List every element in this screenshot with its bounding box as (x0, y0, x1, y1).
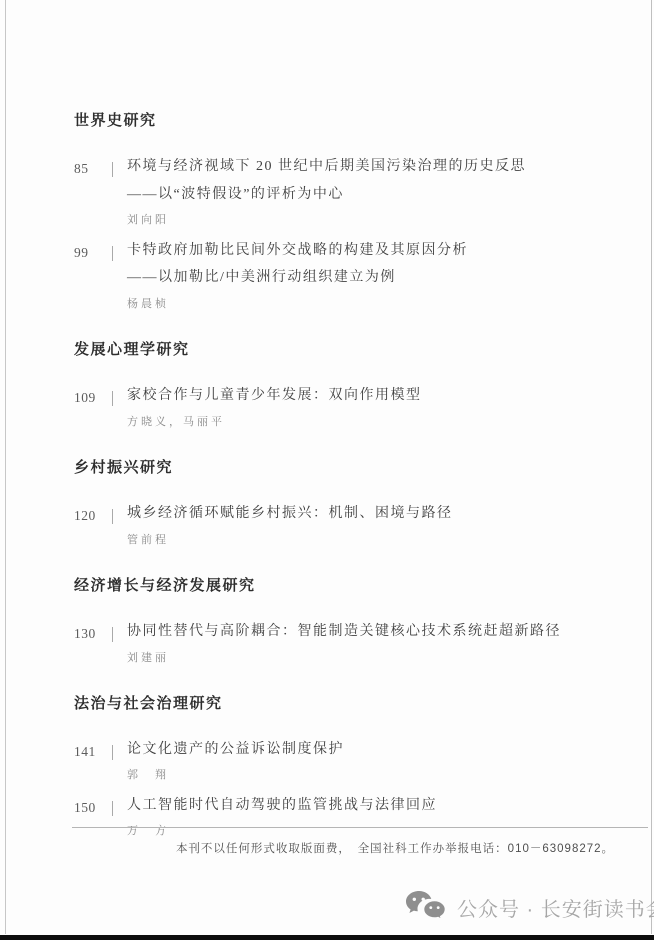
toc-entry: 99 卡特政府加勒比民间外交战略的构建及其原因分析 ——以加勒比/中美洲行动组织… (74, 244, 598, 312)
entry-body: 城乡经济循环赋能乡村振兴：机制、困境与路径 管前程 (127, 507, 598, 547)
entry-number-cell: 130 (74, 625, 127, 665)
entry-divider (112, 509, 113, 524)
entry-number-cell: 85 (74, 160, 127, 228)
entry-body: 卡特政府加勒比民间外交战略的构建及其原因分析 ——以加勒比/中美洲行动组织建立为… (127, 244, 598, 312)
toc-entry: 130 协同性替代与高阶耦合：智能制造关键核心技术系统赶超新路径 刘建丽 (74, 625, 598, 665)
entry-divider (112, 801, 113, 816)
entry-body: 环境与经济视域下 20 世纪中后期美国污染治理的历史反思 ——以“波特假设”的评… (127, 160, 598, 228)
toc-entry: 85 环境与经济视域下 20 世纪中后期美国污染治理的历史反思 ——以“波特假设… (74, 160, 598, 228)
entry-title: 协同性替代与高阶耦合：智能制造关键核心技术系统赶超新路径 (127, 625, 598, 640)
entry-page-number: 141 (74, 744, 96, 760)
section-entries: 109 家校合作与儿童青少年发展：双向作用模型 方晓义，马丽平 (74, 389, 598, 429)
entry-title: 城乡经济循环赋能乡村振兴：机制、困境与路径 (127, 507, 598, 522)
toc: 世界史研究 85 环境与经济视域下 20 世纪中后期美国污染治理的历史反思 ——… (0, 0, 654, 839)
toc-section: 发展心理学研究 109 家校合作与儿童青少年发展：双向作用模型 方晓义，马丽平 (74, 341, 598, 429)
entry-title: 环境与经济视域下 20 世纪中后期美国污染治理的历史反思 (127, 160, 598, 175)
toc-section: 乡村振兴研究 120 城乡经济循环赋能乡村振兴：机制、困境与路径 管前程 (74, 459, 598, 547)
entry-page-number: 120 (74, 508, 96, 524)
entry-authors: 杨晨桢 (127, 298, 598, 311)
entry-authors: 方晓义，马丽平 (127, 416, 598, 429)
entry-divider (112, 745, 113, 760)
footer-note: 本刊不以任何形式收取版面费， 全国社科工作办举报电话：010－63098272。 (72, 840, 648, 856)
entry-divider (112, 627, 113, 642)
entry-authors: 郭 翔 (127, 769, 598, 782)
entry-divider (112, 246, 113, 261)
toc-entry: 141 论文化遗产的公益诉讼制度保护 郭 翔 (74, 743, 598, 783)
section-entries: 130 协同性替代与高阶耦合：智能制造关键核心技术系统赶超新路径 刘建丽 (74, 625, 598, 665)
entry-body: 家校合作与儿童青少年发展：双向作用模型 方晓义，马丽平 (127, 389, 598, 429)
entry-title: 卡特政府加勒比民间外交战略的构建及其原因分析 (127, 244, 598, 259)
page-edge-left (5, 0, 6, 934)
section-heading: 经济增长与经济发展研究 (74, 577, 598, 595)
toc-section: 经济增长与经济发展研究 130 协同性替代与高阶耦合：智能制造关键核心技术系统赶… (74, 577, 598, 665)
section-heading: 乡村振兴研究 (74, 459, 598, 477)
entry-title: 论文化遗产的公益诉讼制度保护 (127, 743, 598, 758)
entry-divider (112, 391, 113, 406)
toc-entry: 120 城乡经济循环赋能乡村振兴：机制、困境与路径 管前程 (74, 507, 598, 547)
entry-number-cell: 109 (74, 389, 127, 429)
section-entries: 120 城乡经济循环赋能乡村振兴：机制、困境与路径 管前程 (74, 507, 598, 547)
entry-page-number: 99 (74, 245, 89, 261)
page-edge-right (651, 0, 652, 934)
entry-number-cell: 141 (74, 743, 127, 783)
entry-body: 论文化遗产的公益诉讼制度保护 郭 翔 (127, 743, 598, 783)
entry-body: 协同性替代与高阶耦合：智能制造关键核心技术系统赶超新路径 刘建丽 (127, 625, 598, 665)
entry-authors: 刘向阳 (127, 214, 598, 227)
toc-section: 法治与社会治理研究 141 论文化遗产的公益诉讼制度保护 郭 翔 150 人工智… (74, 695, 598, 839)
section-entries: 85 环境与经济视域下 20 世纪中后期美国污染治理的历史反思 ——以“波特假设… (74, 160, 598, 311)
entry-divider (112, 162, 113, 177)
entry-title: 人工智能时代自动驾驶的监管挑战与法律回应 (127, 799, 598, 814)
entry-page-number: 109 (74, 390, 96, 406)
branding: 公众号 · 长安街读书会 (405, 890, 654, 924)
branding-label: 公众号 · 长安街读书会 (457, 893, 654, 922)
entry-authors: 刘建丽 (127, 652, 598, 665)
toc-entry: 109 家校合作与儿童青少年发展：双向作用模型 方晓义，马丽平 (74, 389, 598, 429)
toc-section: 世界史研究 85 环境与经济视域下 20 世纪中后期美国污染治理的历史反思 ——… (74, 112, 598, 311)
entry-title: 家校合作与儿童青少年发展：双向作用模型 (127, 389, 598, 404)
entry-subtitle: ——以加勒比/中美洲行动组织建立为例 (127, 271, 598, 286)
section-entries: 141 论文化遗产的公益诉讼制度保护 郭 翔 150 人工智能时代自动驾驶的监管… (74, 743, 598, 839)
entry-number-cell: 99 (74, 244, 127, 312)
section-heading: 法治与社会治理研究 (74, 695, 598, 713)
section-heading: 发展心理学研究 (74, 341, 598, 359)
entry-page-number: 130 (74, 626, 96, 642)
wechat-icon (405, 890, 447, 924)
entry-subtitle: ——以“波特假设”的评析为中心 (127, 188, 598, 203)
entry-page-number: 85 (74, 161, 89, 177)
page-footer: 本刊不以任何形式收取版面费， 全国社科工作办举报电话：010－63098272。 (72, 827, 648, 856)
section-heading: 世界史研究 (74, 112, 598, 130)
entry-page-number: 150 (74, 800, 96, 816)
entry-number-cell: 120 (74, 507, 127, 547)
entry-authors: 管前程 (127, 534, 598, 547)
bottom-bar (0, 935, 654, 940)
